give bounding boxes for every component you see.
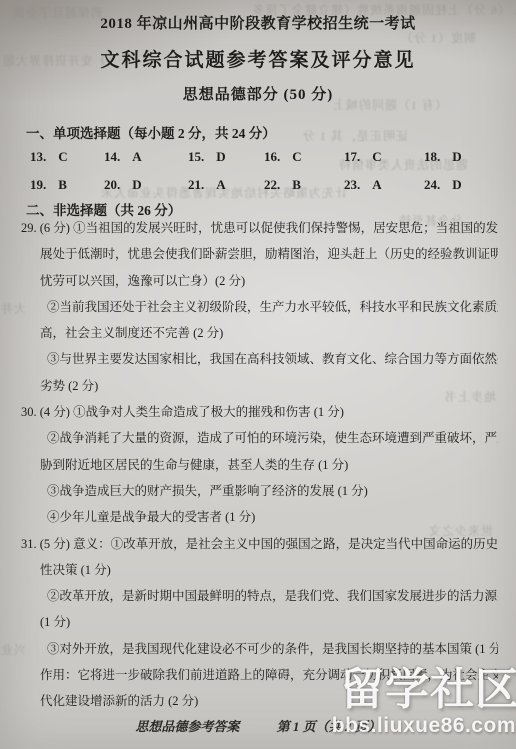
mc-answer-23: 23.A bbox=[344, 177, 424, 193]
exam-title: 2018 年凉山州高中阶段教育学校招生统一考试 bbox=[0, 12, 516, 33]
q30-line: ④少年儿童是战争最大的受害者 (1 分) bbox=[0, 504, 498, 530]
mc-answer-22: 22.B bbox=[264, 177, 344, 193]
footer-document-name: 思想品德参考答案 bbox=[135, 719, 239, 734]
q30-line: ③战争造成巨大的财产损失，严重影响了经济的发展 (1 分) bbox=[0, 478, 498, 504]
q30-line: 30. (4 分) ①战争对人类生命造成了极大的摧残和伤害 (1 分) bbox=[0, 399, 498, 425]
mc-answer-14: 14.A bbox=[104, 149, 188, 165]
document-title: 文科综合试题参考答案及评分意见 bbox=[0, 45, 516, 72]
mc-answer-18: 18.D bbox=[424, 149, 500, 165]
q29-line: 展处于低潮时，忧患会使我们卧薪尝胆，励精图治，迎头赶上（历史的经验教训证明： bbox=[0, 241, 498, 267]
q31-line: (1 分) bbox=[0, 609, 498, 635]
mc-answer-16: 16.C bbox=[264, 149, 344, 165]
section-one-heading: 一、单项选择题（每小题 2 分，共 24 分） bbox=[26, 122, 276, 142]
mc-answer-19: 19.B bbox=[30, 177, 104, 193]
section-title: 思想品德部分 (50 分) bbox=[0, 83, 516, 104]
mc-answers-row-2: 19.B 20.D 21.A 22.B 23.A 24.D bbox=[30, 177, 500, 193]
mc-answer-15: 15.D bbox=[188, 149, 264, 165]
mc-answer-24: 24.D bbox=[424, 177, 500, 193]
watermark-url: bbs.liuxue86.com bbox=[332, 715, 516, 736]
q30-line: 胁到附近地区居民的生命与健康，甚至人类的生存 (1 分) bbox=[0, 452, 498, 478]
q31-line: 31. (5 分) 意义：①改革开放，是社会主义中国的强国之路，是决定当代中国命… bbox=[0, 531, 498, 557]
q29-line: 29. (6 分) ①当祖国的发展兴旺时，忧患可以促使我们保持警惕，居安思危；当… bbox=[0, 215, 498, 241]
q29-line: 劣势 (2 分) bbox=[0, 373, 498, 399]
mc-answer-21: 21.A bbox=[188, 177, 264, 193]
q31-line: ③对外开放，是我国现代化建设必不可少的条件，是我国长期坚持的基本国策 (1 分) bbox=[0, 636, 498, 662]
bleedthrough-text: 证明正是，其 1 分 bbox=[302, 127, 408, 144]
q30-line: ②战争消耗了大量的资源，造成了可怕的环境污染，使生态环境遭到严重破坏，严重威 bbox=[0, 425, 498, 451]
q31-line: ②改革开放，是新时期中国最鲜明的特点，是我们党、我们国家发展进步的活力源泉 bbox=[0, 583, 498, 609]
answers-body: 29. (6 分) ①当祖国的发展兴旺时，忧患可以促使我们保持警惕，居安思危；当… bbox=[0, 215, 498, 715]
scanned-exam-answer-page: 32．（6 分）上柱固越南系统胜（建立健全了顶多 鸦保越旦了全顶 制度（1 分）… bbox=[0, 0, 516, 749]
q31-line: 性决策 (1 分) bbox=[0, 557, 498, 583]
watermark-logo: 留学社区 bbox=[340, 668, 516, 712]
q29-line: ③与世界主要发达国家相比，我国在高科技领域、教育文化、综合国力等方面依然处于 bbox=[0, 346, 498, 372]
q29-line: 高，社会主义制度还不完善 (2 分) bbox=[0, 320, 498, 346]
mc-answer-13: 13.C bbox=[30, 149, 104, 165]
q29-line: ②当前我国还处于社会主义初级阶段，生产力水平较低，科技水平和民族文化素质还不 bbox=[0, 294, 498, 320]
q29-line: 忧劳可以兴国，逸豫可以亡身）(2 分) bbox=[0, 268, 498, 294]
mc-answer-17: 17.C bbox=[344, 149, 424, 165]
mc-answers-row-1: 13.C 14.A 15.D 16.C 17.C 18.D bbox=[30, 149, 500, 165]
mc-answer-20: 20.D bbox=[104, 177, 188, 193]
